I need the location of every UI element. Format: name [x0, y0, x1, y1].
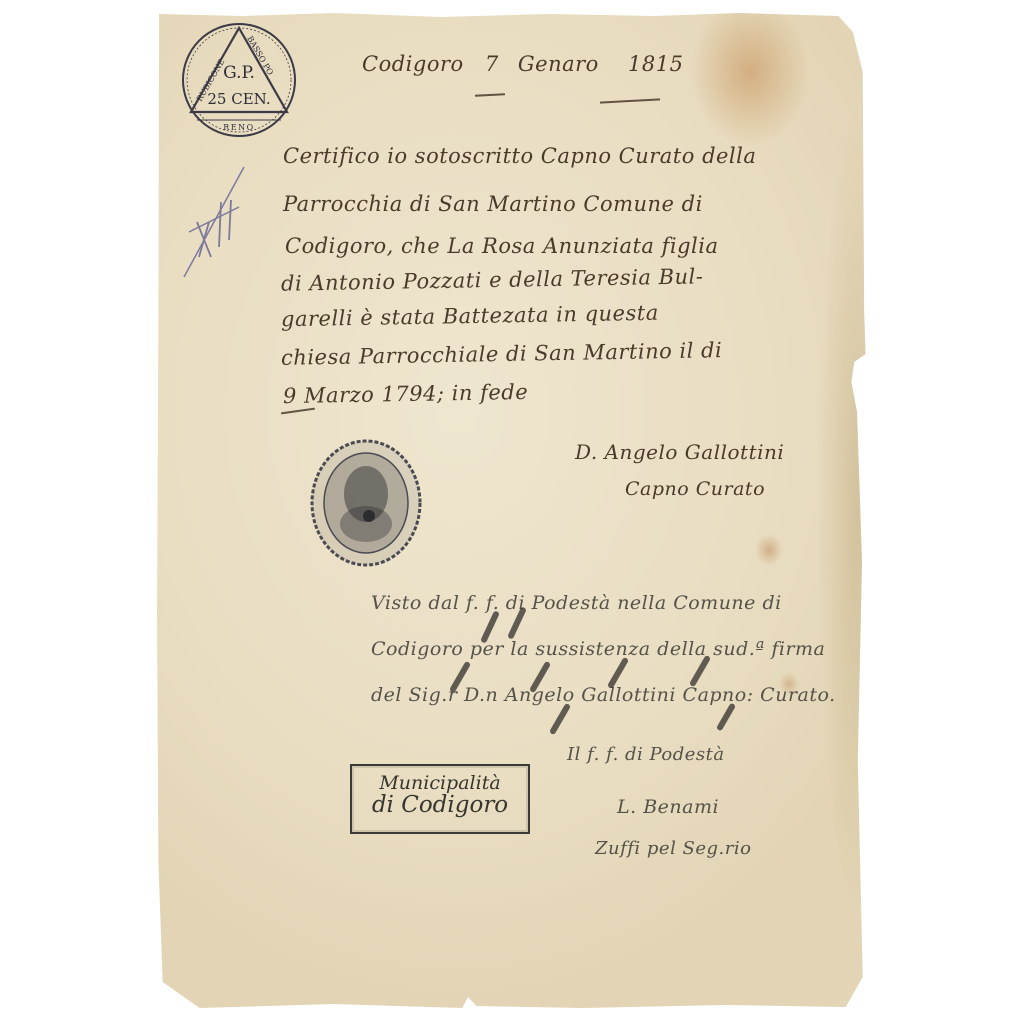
- certificate-line: 9 Marzo 1794; in fede: [283, 380, 529, 408]
- header-date-line: Codigoro 7 Genaro 1815: [362, 52, 683, 76]
- svg-text:25 CEN.: 25 CEN.: [207, 90, 270, 108]
- certificate-line: Codigoro, che La Rosa Anunziata figlia: [285, 234, 719, 258]
- margin-note-xii: XII: [179, 162, 249, 282]
- header-place: Codigoro: [362, 52, 464, 76]
- secretary-signature: Zuffi pel Seg.rio: [595, 838, 751, 859]
- municipal-stamp-line1: Municipalità: [352, 772, 528, 794]
- certificate-line: di Antonio Pozzati e della Teresia Bul-: [281, 264, 704, 295]
- header-year: 1815: [628, 52, 683, 76]
- svg-text:XII: XII: [179, 162, 181, 163]
- endorsement-line: del Sig.r D.n Angelo Gallottini Capno: C…: [371, 684, 836, 706]
- ink-stroke: [549, 703, 571, 735]
- header-month: Genaro: [518, 52, 599, 76]
- signature-priest-title: Capno Curato: [625, 478, 765, 500]
- ink-seal: [307, 434, 425, 572]
- svg-text:RENO: RENO: [223, 123, 254, 132]
- signature-priest-name: D. Angelo Gallottini: [575, 440, 784, 464]
- municipal-stamp: Municipalità di Codigoro: [350, 764, 530, 834]
- header-day: 7: [485, 52, 499, 76]
- underline: [475, 93, 505, 97]
- tax-stamp: G.P. 25 CEN. RENO RUBICONE BASSO PO: [179, 20, 299, 140]
- certificate-line: garelli è stata Battezata in questa: [281, 301, 659, 332]
- municipal-stamp-line2: di Codigoro: [352, 792, 528, 818]
- endorsement-line: Codigoro per la sussistenza della sud.ª …: [371, 638, 825, 660]
- certificate-line: chiesa Parrocchiale di San Martino il di: [281, 338, 723, 370]
- svg-text:G.P.: G.P.: [223, 63, 255, 83]
- certificate-line: Parrocchia di San Martino Comune di: [283, 192, 703, 216]
- podesta-signature: L. Benami: [617, 796, 719, 818]
- ink-stroke: [716, 703, 736, 732]
- endorsement-line: Visto dal f. f. di Podestà nella Comune …: [371, 592, 782, 614]
- underline: [600, 98, 660, 103]
- underline: [281, 408, 315, 415]
- podesta-title: Il f. f. di Podestà: [567, 744, 725, 765]
- certificate-line: Certifico io sotoscritto Capno Curato de…: [283, 144, 756, 168]
- scan-background: G.P. 25 CEN. RENO RUBICONE BASSO PO XII …: [0, 0, 1024, 1024]
- document-paper: G.P. 25 CEN. RENO RUBICONE BASSO PO XII …: [157, 12, 867, 1012]
